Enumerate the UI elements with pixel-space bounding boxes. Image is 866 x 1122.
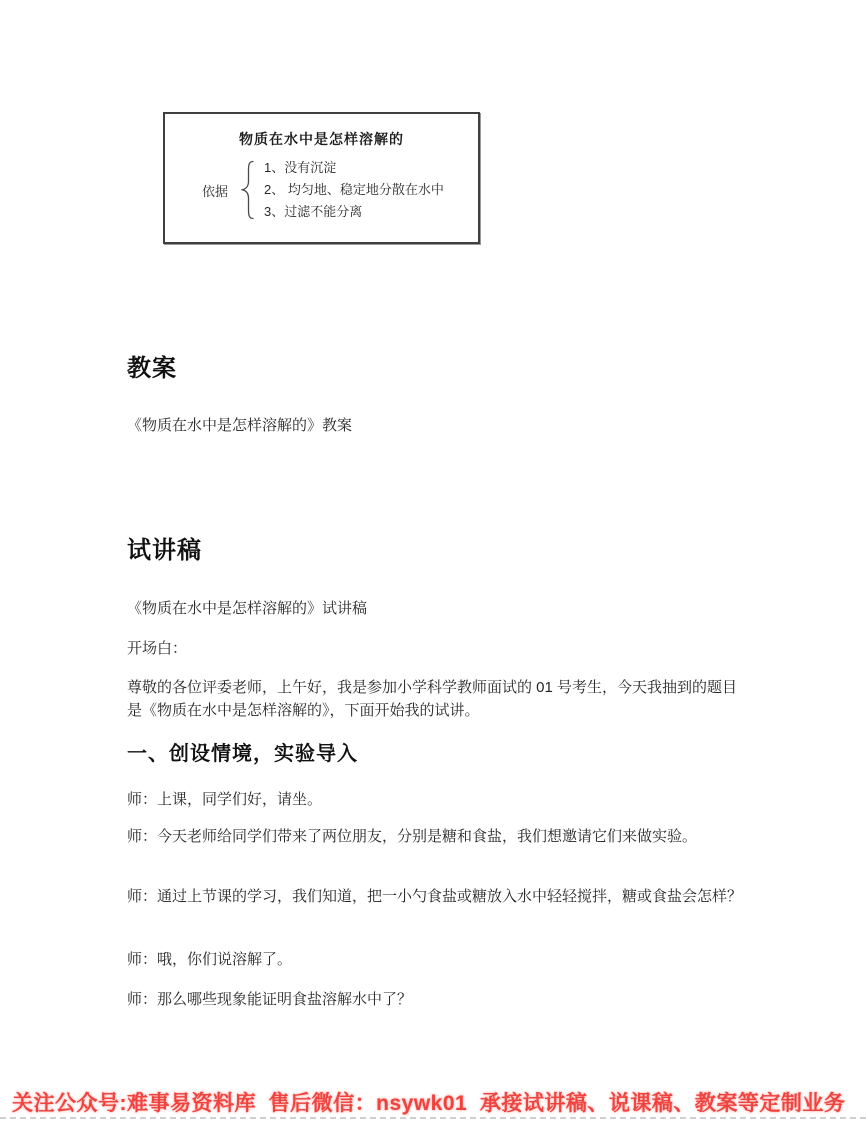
part1-heading: 一、创设情境，实验导入 (127, 742, 358, 766)
teacher-line-4: 师：哦，你们说溶解了。 (127, 948, 749, 971)
opening-paragraph: 尊敬的各位评委老师，上午好，我是参加小学科学教师面试的 01 号考生，今天我抽到… (127, 676, 749, 722)
opening-label: 开场白： (127, 637, 749, 660)
lesson-plan-subtitle: 《物质在水中是怎样溶解的》教案 (127, 414, 749, 437)
solubility-diagram-box: 物质在水中是怎样溶解的 依据 1、没有沉淀 2、 均匀地、稳定地分散在水中 3、… (163, 112, 480, 244)
teacher-line-5: 师：那么哪些现象能证明食盐溶解水中了？ (127, 988, 749, 1011)
curly-brace-icon (241, 160, 255, 220)
diagram-items: 1、没有沉淀 2、 均匀地、稳定地分散在水中 3、过滤不能分离 (264, 157, 444, 223)
footer-divider (0, 1117, 866, 1119)
teacher-line-1: 师：上课，同学们好，请坐。 (127, 788, 749, 811)
teacher-line-2: 师：今天老师给同学们带来了两位朋友，分别是糖和食盐，我们想邀请它们来做实验。 (127, 825, 749, 848)
lesson-plan-heading: 教案 (127, 355, 177, 383)
trial-lecture-heading: 试讲稿 (127, 537, 202, 565)
diagram-title: 物质在水中是怎样溶解的 (165, 129, 478, 149)
diagram-item-1: 1、没有沉淀 (264, 157, 444, 179)
diagram-row: 依据 1、没有沉淀 2、 均匀地、稳定地分散在水中 3、过滤不能分离 (165, 157, 478, 223)
footer-banner: 关注公众号:难事易资料库 售后微信：nsywk01 承接试讲稿、说课稿、教案等定… (0, 1087, 866, 1117)
trial-lecture-subtitle: 《物质在水中是怎样溶解的》试讲稿 (127, 597, 749, 620)
document-page: 物质在水中是怎样溶解的 依据 1、没有沉淀 2、 均匀地、稳定地分散在水中 3、… (0, 0, 866, 1122)
diagram-item-3: 3、过滤不能分离 (264, 201, 444, 223)
diagram-item-2: 2、 均匀地、稳定地分散在水中 (264, 179, 444, 201)
teacher-line-3: 师：通过上节课的学习，我们知道，把一小勺食盐或糖放入水中轻轻搅拌，糖或食盐会怎样… (127, 885, 749, 908)
diagram-basis-label: 依据 (202, 181, 228, 200)
